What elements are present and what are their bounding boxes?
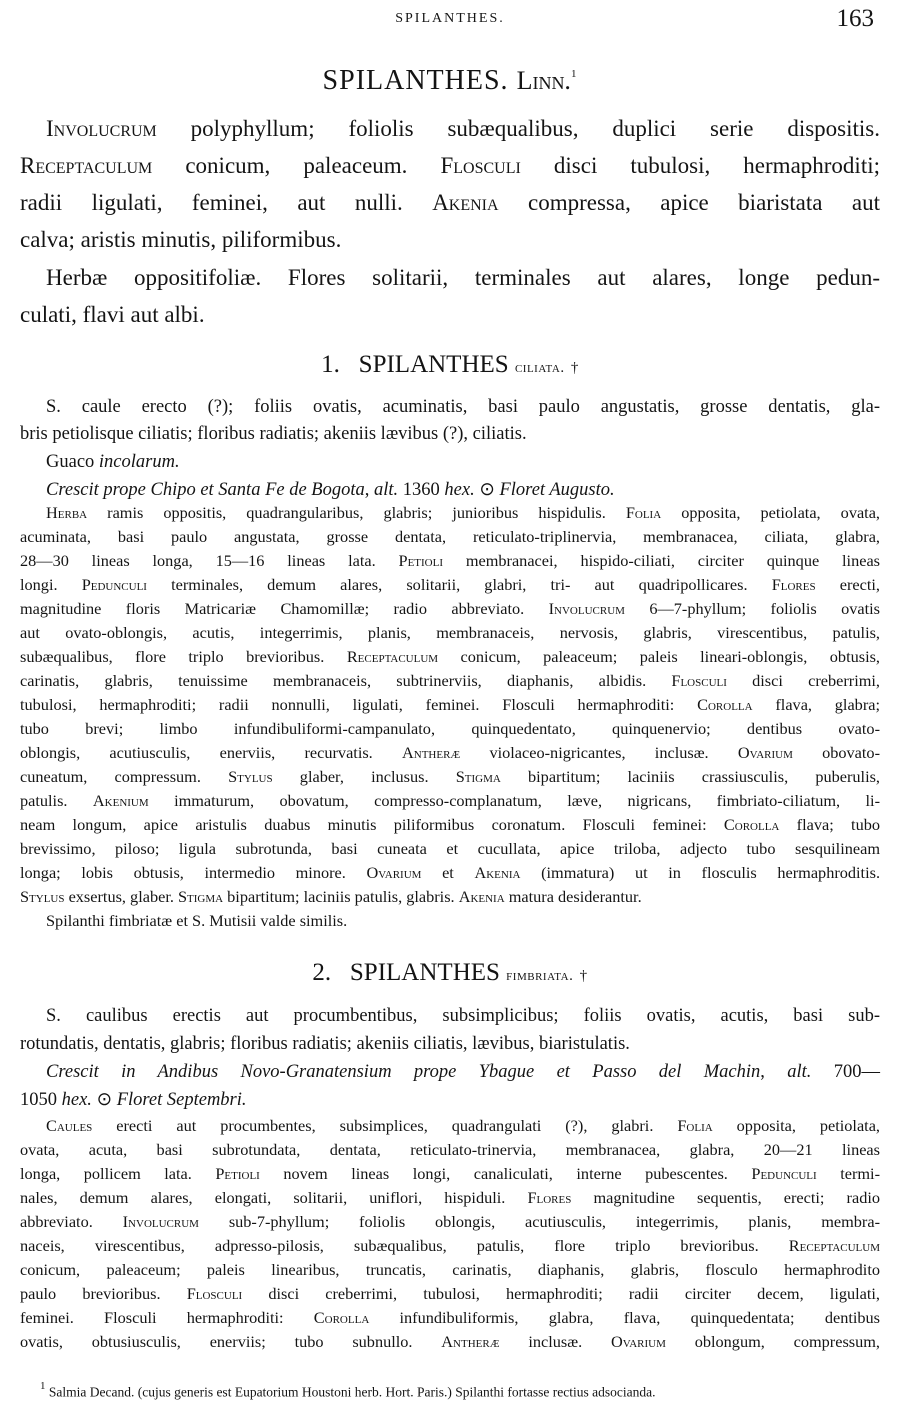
locality-line: 1050 hex. ⊙ Floret Septembri.: [20, 1091, 880, 1110]
text-run: et: [421, 863, 474, 882]
italic-text: hex.: [62, 1090, 92, 1110]
desc-line: longa, pollicem lata. Petioli novem line…: [20, 1166, 880, 1182]
desc-line: feminei. Flosculi hermaphroditi: Corolla…: [20, 1310, 880, 1326]
text-run: novem lineas longi, canaliculati, intern…: [260, 1164, 752, 1183]
term-small-caps: Corolla: [697, 695, 752, 714]
text-run: calva; aristis minutis, piliformibus.: [20, 227, 341, 252]
text-run: 1360: [398, 480, 444, 500]
term-small-caps: Flosculi: [671, 671, 727, 690]
term-small-caps: Petioli: [399, 551, 443, 570]
term-small-caps: Petioli: [215, 1164, 259, 1183]
term-small-caps: Folia: [626, 503, 661, 522]
term-small-caps: Stylus: [20, 887, 65, 906]
italic-text: Floret Septembri.: [117, 1090, 247, 1110]
text-run: conicum, paleaceum; paleis lineari-oblon…: [438, 647, 880, 666]
desc-line: abbreviato. Involucrum sub-7-phyllum; fo…: [20, 1214, 880, 1230]
text-run: erecti aut procumbentes, subsimplices, q…: [92, 1116, 677, 1135]
text-run: 28—30 lineas longa, 15—16 lineas lata.: [20, 551, 399, 570]
genus-desc-line: Receptaculum conicum, paleaceum. Floscul…: [20, 154, 880, 177]
desc-line: brevissimo, piloso; ligula subrotunda, b…: [20, 841, 880, 857]
text-run: ovata, acuta, basi subrotundata, dentata…: [20, 1140, 880, 1159]
desc-line: ovatis, obtusiusculis, enerviis; tubo su…: [20, 1334, 880, 1350]
species-epithet: ciliata.: [515, 360, 565, 376]
text-run: opposita, petiolata,: [713, 1116, 880, 1135]
desc-line: Stylus exsertus, glaber. Stigma bipartit…: [20, 889, 880, 905]
italic-text: alt.: [787, 1062, 811, 1082]
term-small-caps: Flores: [772, 575, 816, 594]
text-run: glaber, inclusus.: [273, 767, 456, 786]
desc-line: Caules erecti aut procumbentes, subsimpl…: [46, 1118, 880, 1134]
term-small-caps: Ovarium: [611, 1332, 666, 1351]
text-run: conicum, paleaceum; paleis linearibus, t…: [20, 1260, 880, 1279]
desc-line: neam longum, apice aristulis duabus minu…: [20, 817, 880, 833]
italic-text: Crescit in Andibus Novo-Granatensium pro…: [46, 1062, 760, 1082]
term-small-caps: Receptaculum: [20, 153, 152, 178]
text-run: conicum, paleaceum.: [152, 153, 440, 178]
text-run: radii ligulati, feminei, aut nulli.: [20, 190, 432, 215]
text-run: tubo brevi; limbo infundibuliformi-campa…: [20, 719, 880, 738]
diagnosis-line: bris petiolisque ciliatis; floribus radi…: [20, 425, 880, 444]
text-run: disci creberrimi,: [727, 671, 880, 690]
text-run: aut ovato-oblongis, acutis, integerrimis…: [20, 623, 880, 642]
species-genus: SPILANTHES: [359, 351, 509, 378]
term-small-caps: Stigma: [178, 887, 223, 906]
genus-desc-line: calva; aristis minutis, piliformibus.: [20, 228, 880, 251]
locality-line: Crescit prope Chipo et Santa Fe de Bogot…: [46, 481, 880, 500]
term-small-caps: Folia: [677, 1116, 712, 1135]
term-small-caps: Flosculi: [440, 153, 520, 178]
desc-line: patulis. Akenium immaturum, obovatum, co…: [20, 793, 880, 809]
text-run: ,: [365, 480, 374, 500]
text-run: subæqualibus, flore triplo brevioribus.: [20, 647, 347, 666]
desc-line: carinatis, glabris, tenuissime membranac…: [20, 673, 880, 689]
genus-desc-line: radii ligulati, feminei, aut nulli. Aken…: [20, 191, 880, 214]
desc-line: acuminata, basi paulo angustata, grosse …: [20, 529, 880, 545]
species-epithet: fimbriata.: [506, 968, 573, 984]
text-run: naceis, virescentibus, adpresso-pilosis,…: [20, 1236, 789, 1255]
text-run: neam longum, apice aristulis duabus minu…: [20, 815, 724, 834]
term-small-caps: Corolla: [724, 815, 779, 834]
text-run: abbreviato.: [20, 1212, 123, 1231]
footnote-marker: 1: [40, 1380, 46, 1392]
term-small-caps: Antheræ: [402, 743, 460, 762]
text-run: opposita, petiolata, ovata,: [661, 503, 880, 522]
term-small-caps: Flosculi: [187, 1284, 243, 1303]
text-run: oblongum, compressum,: [666, 1332, 880, 1351]
species-heading: 1. SPILANTHES ciliata. †: [0, 352, 900, 377]
text-run: 6—7-phyllum; foliolis ovatis: [625, 599, 880, 618]
term-small-caps: Flores: [527, 1188, 571, 1207]
desc-line: tubulosi, hermaphroditi; radii nonnulli,…: [20, 697, 880, 713]
text-run: magnitudine floris Matricariæ Chamomillæ…: [20, 599, 549, 618]
text-run: ,: [760, 1062, 787, 1082]
term-small-caps: Ovarium: [738, 743, 793, 762]
desc-line: aut ovato-oblongis, acutis, integerrimis…: [20, 625, 880, 641]
term-small-caps: Receptaculum: [347, 647, 438, 666]
text-run: exsertus, glaber.: [65, 887, 178, 906]
text-run: longa, pollicem lata.: [20, 1164, 215, 1183]
term-small-caps: Involucrum: [549, 599, 625, 618]
text-run: carinatis, glabris, tenuissime membranac…: [20, 671, 671, 690]
genus-authority: Linn.: [517, 66, 571, 95]
term-small-caps: Stigma: [456, 767, 501, 786]
text-run: longa; lobis obtusis, intermedio minore.: [20, 863, 366, 882]
text-run: ⊙: [92, 1090, 117, 1110]
genus-desc-line: Involucrum polyphyllum; foliolis subæqua…: [46, 117, 880, 140]
text-run: ramis oppositis, quadrangularibus, glabr…: [87, 503, 626, 522]
text-run: brevissimo, piloso; ligula subrotunda, b…: [20, 839, 880, 858]
text-run: disci creberrimi, tubulosi, hermaphrodit…: [242, 1284, 880, 1303]
footnote-text: Salmia Decand. (cujus generis est Eupato…: [49, 1385, 656, 1400]
text-run: disci tubulosi, hermaphroditi;: [521, 153, 880, 178]
italic-text: hex.: [444, 480, 474, 500]
text-run: cuneatum, compressum.: [20, 767, 228, 786]
text-run: (immatura) ut in flosculis hermaphroditi…: [520, 863, 880, 882]
genus-habit-line: Herbæ oppositifoliæ. Flores solitarii, t…: [46, 266, 880, 289]
italic-text: alt.: [374, 480, 398, 500]
species-number: 2.: [312, 959, 331, 986]
desc-line: longi. Pedunculi terminales, demum alare…: [20, 577, 880, 593]
species-genus: SPILANTHES: [350, 959, 500, 986]
desc-line: magnitudine floris Matricariæ Chamomillæ…: [20, 601, 880, 617]
term-small-caps: Akenia: [459, 887, 505, 906]
desc-line: longa; lobis obtusis, intermedio minore.…: [20, 865, 880, 881]
text-run: bipartitum; laciniis patulis, glabris.: [223, 887, 459, 906]
italic-text: Floret Augusto.: [499, 480, 614, 500]
text-run: magnitudine sequentis, erecti; radio: [571, 1188, 880, 1207]
term-small-caps: Herba: [46, 503, 87, 522]
genus-title: SPILANTHES. Linn.1: [0, 67, 900, 95]
term-small-caps: Antheræ: [441, 1332, 499, 1351]
term-small-caps: Akenium: [93, 791, 149, 810]
desc-line: paulo brevioribus. Flosculi disci creber…: [20, 1286, 880, 1302]
text-run: terminales, demum alares, solitarii, gla…: [147, 575, 772, 594]
term-small-caps: Stylus: [228, 767, 273, 786]
species-heading: 2. SPILANTHES fimbriata. †: [0, 960, 900, 985]
species-remark: Spilanthi fimbriatæ et S. Mutisii valde …: [46, 913, 880, 929]
text-run: tubulosi, hermaphroditi; radii nonnulli,…: [20, 695, 697, 714]
text-run: matura desiderantur.: [505, 887, 642, 906]
dagger-mark: †: [580, 968, 588, 984]
text-run: ⊙: [475, 480, 500, 500]
term-small-caps: Ovarium: [366, 863, 421, 882]
term-small-caps: Pedunculi: [751, 1164, 816, 1183]
text-run: 700—: [811, 1062, 880, 1082]
desc-line: tubo brevi; limbo infundibuliformi-campa…: [20, 721, 880, 737]
text-run: infundibuliformis, glabra, flava, quinqu…: [369, 1308, 880, 1327]
text-run: membranacei, hispido-ciliati, circiter q…: [443, 551, 880, 570]
desc-line: Herba ramis oppositis, quadrangularibus,…: [46, 505, 880, 521]
footnote-marker-ref: 1: [571, 68, 578, 80]
text-run: ovatis, obtusiusculis, enerviis; tubo su…: [20, 1332, 441, 1351]
desc-line: 28—30 lineas longa, 15—16 lineas lata. P…: [20, 553, 880, 569]
running-header: SPILANTHES.: [0, 12, 900, 26]
text-run: acuminata, basi paulo angustata, grosse …: [20, 527, 880, 546]
text-run: compressa, apice biaristata aut: [499, 190, 880, 215]
text-run: feminei. Flosculi hermaphroditi:: [20, 1308, 314, 1327]
italic-text: Crescit prope Chipo et Santa Fe de Bogot…: [46, 480, 365, 500]
vernacular-name: Guaco incolarum.: [46, 453, 880, 472]
text-run: 1050: [20, 1090, 62, 1110]
text-run: patulis.: [20, 791, 93, 810]
text-run: violaceo-nigricantes, inclusæ.: [460, 743, 738, 762]
diagnosis-line: S. caule erecto (?); foliis ovatis, acum…: [46, 398, 880, 417]
diagnosis-line: S. caulibus erectis aut procumbentibus, …: [46, 1007, 880, 1026]
text-run: immaturum, obovatum, compresso-complanat…: [149, 791, 880, 810]
diagnosis-line: rotundatis, dentatis, glabris; floribus …: [20, 1035, 880, 1054]
desc-line: cuneatum, compressum. Stylus glaber, inc…: [20, 769, 880, 785]
text-run: sub-7-phyllum; foliolis oblongis, acutiu…: [199, 1212, 880, 1231]
page-number: 163: [837, 6, 875, 31]
species-number: 1.: [321, 351, 340, 378]
desc-line: naceis, virescentibus, adpresso-pilosis,…: [20, 1238, 880, 1254]
desc-line: oblongis, acutiusculis, enerviis, recurv…: [20, 745, 880, 761]
text-run: nales, demum alares, elongati, solitarii…: [20, 1188, 527, 1207]
text-run: paulo brevioribus.: [20, 1284, 187, 1303]
term-small-caps: Pedunculi: [82, 575, 147, 594]
book-page: SPILANTHES. 163 SPILANTHES. Linn.1 Invol…: [0, 0, 900, 1413]
text-run: oblongis, acutiusculis, enerviis, recurv…: [20, 743, 402, 762]
term-small-caps: Caules: [46, 1116, 92, 1135]
term-small-caps: Receptaculum: [789, 1236, 880, 1255]
term-small-caps: Involucrum: [46, 116, 157, 141]
term-small-caps: Involucrum: [123, 1212, 199, 1231]
text-run: termi-: [817, 1164, 880, 1183]
term-small-caps: Akenia: [474, 863, 520, 882]
desc-line: ovata, acuta, basi subrotundata, dentata…: [20, 1142, 880, 1158]
desc-line: conicum, paleaceum; paleis linearibus, t…: [20, 1262, 880, 1278]
desc-line: subæqualibus, flore triplo brevioribus. …: [20, 649, 880, 665]
genus-habit-line: culati, flavi aut albi.: [20, 303, 880, 326]
text-run: flava, glabra;: [753, 695, 880, 714]
dagger-mark: †: [571, 360, 579, 376]
text-run: flava; tubo: [779, 815, 880, 834]
text-run: polyphyllum; foliolis subæqualibus, dupl…: [157, 116, 880, 141]
term-small-caps: Akenia: [432, 190, 498, 215]
genus-name: SPILANTHES.: [323, 65, 509, 96]
locality-line: Crescit in Andibus Novo-Granatensium pro…: [46, 1063, 880, 1082]
text-run: obovato-: [793, 743, 880, 762]
text-run: bipartitum; laciniis crassiusculis, pube…: [501, 767, 880, 786]
footnote: 1 Salmia Decand. (cujus generis est Eupa…: [40, 1383, 655, 1399]
term-small-caps: Corolla: [314, 1308, 369, 1327]
desc-line: nales, demum alares, elongati, solitarii…: [20, 1190, 880, 1206]
text-run: erecti,: [816, 575, 880, 594]
text-run: inclusæ.: [500, 1332, 611, 1351]
text-run: longi.: [20, 575, 82, 594]
